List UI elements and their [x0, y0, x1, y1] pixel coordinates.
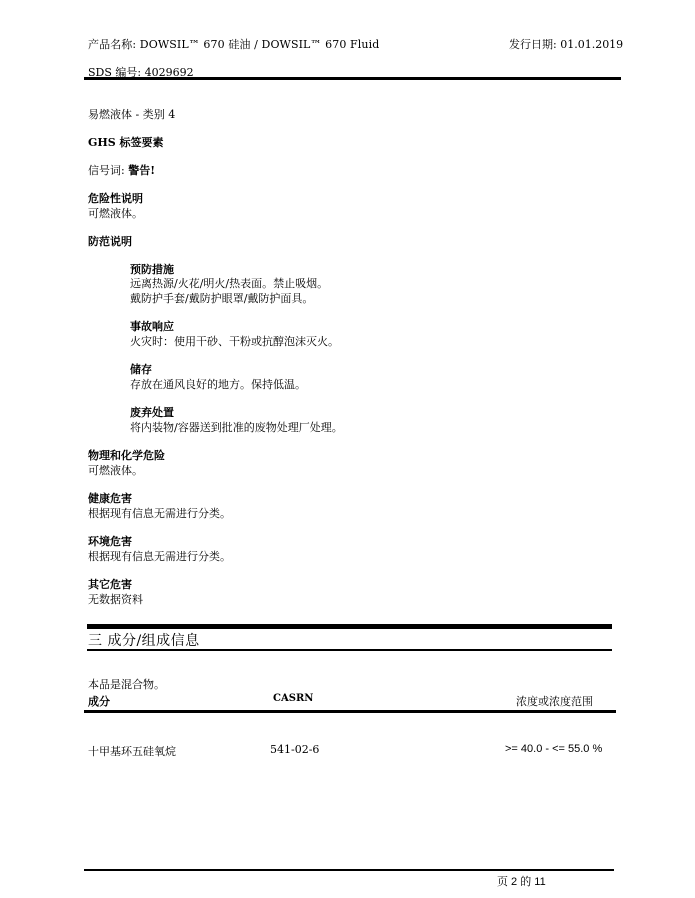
row-component: 十甲基环五硅氧烷 [88, 743, 176, 759]
hazard-statements-title: 危险性说明 [88, 191, 143, 206]
header-divider [84, 77, 621, 80]
row-concentration: >= 40.0 - <= 55.0 % [505, 743, 602, 755]
ghs-title: GHS 标签要素 [88, 135, 164, 150]
footer-rule [84, 869, 614, 871]
signal-word: 警告! [128, 164, 155, 177]
table-header-rule [84, 710, 616, 713]
section-bottom-rule [87, 649, 612, 651]
hazard-statements-text: 可燃液体。 [88, 206, 143, 221]
disposal-title: 废弃处置 [130, 405, 174, 420]
storage-line-1: 存放在通风良好的地方。保持低温。 [130, 377, 306, 392]
page-number: 页 2 的 11 [497, 873, 546, 889]
response-title: 事故响应 [130, 319, 174, 334]
col-component: 成分 [88, 693, 110, 709]
hazard-class: 易燃液体 - 类别 4 [88, 107, 175, 122]
physchem-hazard-title: 物理和化学危险 [88, 448, 165, 463]
section-top-rule [87, 624, 612, 629]
product-name: 产品名称: DOWSIL™ 670 硅油 / DOWSIL™ 670 Fluid [88, 36, 379, 52]
signal-word-label: 信号词: [88, 164, 128, 177]
prevention-title: 预防措施 [130, 262, 174, 277]
other-hazard-text: 无数据资料 [88, 592, 143, 607]
health-hazard-text: 根据现有信息无需进行分类。 [88, 506, 231, 521]
disposal-line-1: 将内装物/容器送到批准的废物处理厂处理。 [130, 420, 343, 435]
mixture-note: 本品是混合物。 [88, 677, 165, 692]
response-line-1: 火灾时：使用干砂、干粉或抗醇泡沫灭火。 [130, 334, 339, 349]
prevention-line-1: 远离热源/火花/明火/热表面。禁止吸烟。 [130, 276, 328, 291]
signal-word-line: 信号词: 警告! [88, 163, 155, 178]
col-concentration: 浓度或浓度范围 [516, 693, 593, 709]
env-hazard-text: 根据现有信息无需进行分类。 [88, 549, 231, 564]
col-casrn: CASRN [273, 693, 313, 704]
other-hazard-title: 其它危害 [88, 577, 132, 592]
health-hazard-title: 健康危害 [88, 491, 132, 506]
issue-date: 发行日期: 01.01.2019 [509, 36, 623, 52]
prevention-line-2: 戴防护手套/戴防护眼罩/戴防护面具。 [130, 291, 313, 306]
storage-title: 储存 [130, 362, 152, 377]
env-hazard-title: 环境危害 [88, 534, 132, 549]
precautionary-title: 防范说明 [88, 234, 132, 249]
physchem-hazard-text: 可燃液体。 [88, 463, 143, 478]
section-title: 三 成分/组成信息 [88, 630, 200, 650]
row-casrn: 541-02-6 [270, 743, 319, 756]
